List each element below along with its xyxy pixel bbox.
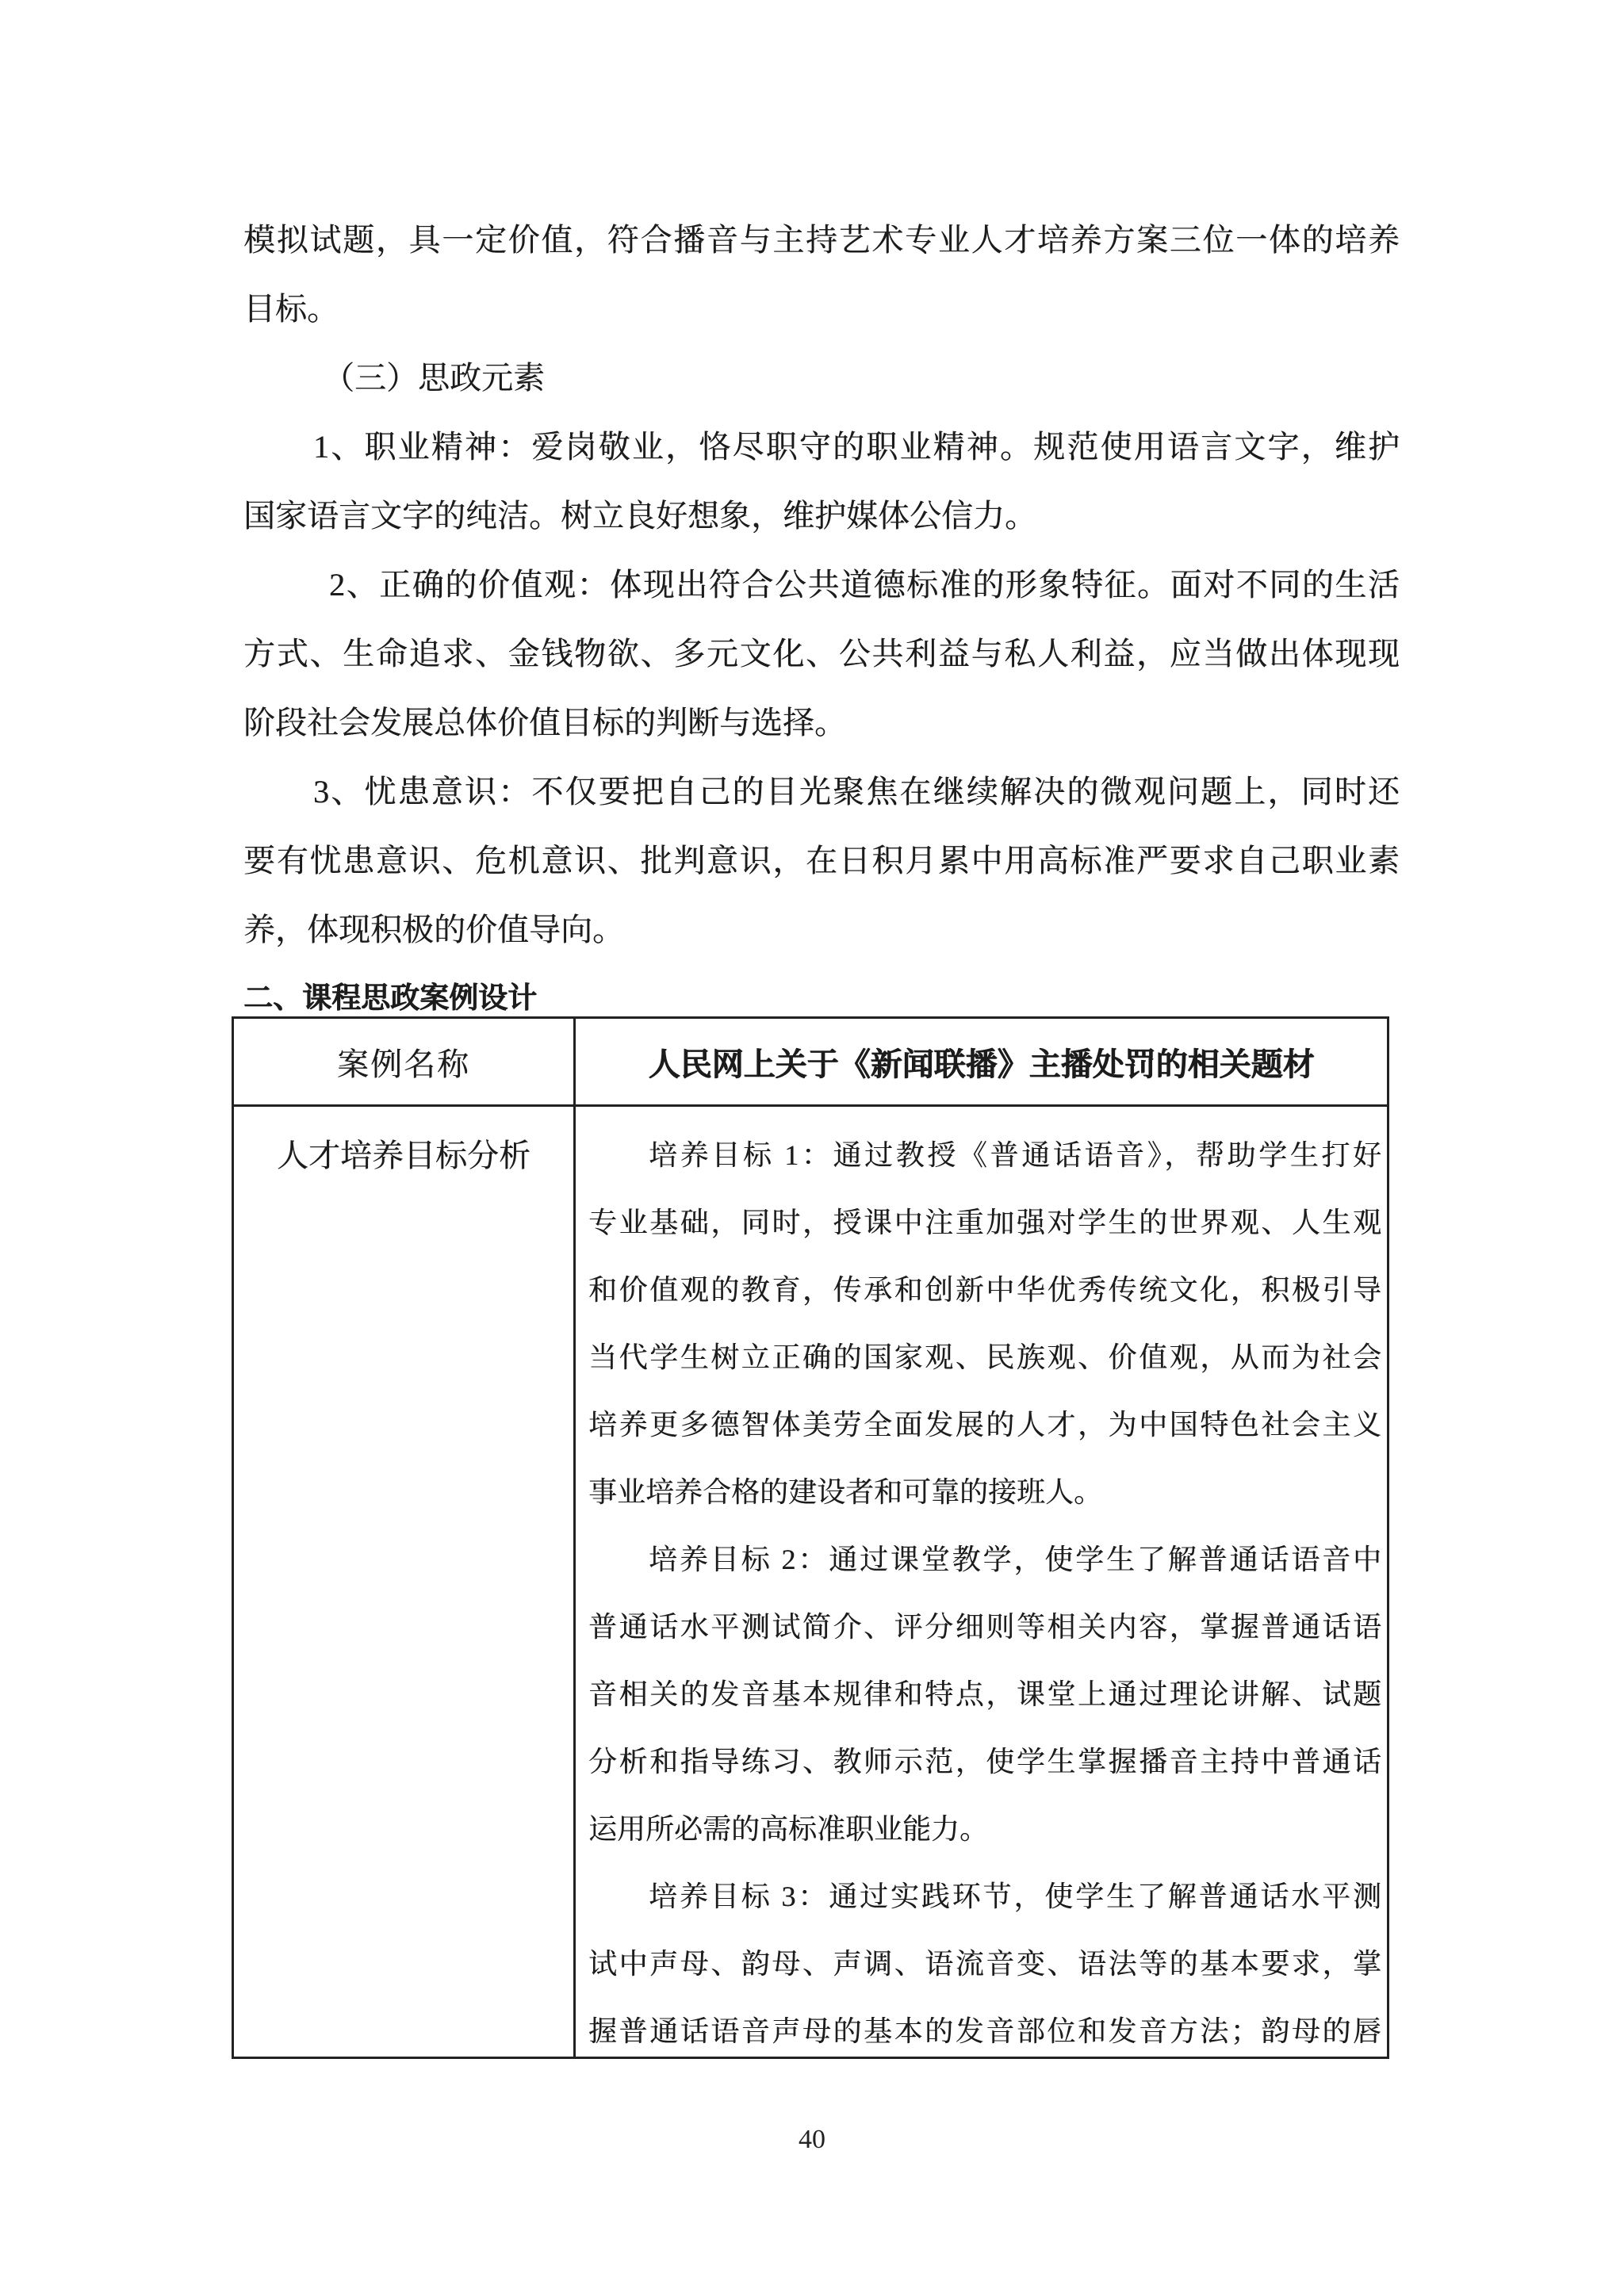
body-line: 1、职业精神：爱岗敬业，恪尽职守的职业精神。规范使用语言文字，维护 xyxy=(243,412,1400,481)
table-cell-line: 专业基础，同时，授课中注重加强对学生的世界观、人生观 xyxy=(588,1189,1381,1257)
table-header-case-name: 案例名称 xyxy=(234,1019,573,1104)
table-cell-line: 分析和指导练习、教师示范，使学生掌握播音主持中普通话 xyxy=(588,1728,1381,1796)
body-line: 养，体现积极的价值导向。 xyxy=(243,895,1400,964)
table-cell-line: 运用所必需的高标准职业能力。 xyxy=(588,1796,1381,1863)
table-cell-line: 音相关的发音基本规律和特点，课堂上通过理论讲解、试题 xyxy=(588,1661,1381,1728)
table-cell-line: 试中声母、韵母、声调、语流音变、语法等的基本要求，掌 xyxy=(588,1931,1381,1998)
table-cell-line: 培养目标 2：通过课堂教学，使学生了解普通话语音中 xyxy=(588,1526,1381,1594)
table-row-content: 培养目标 1：通过教授《普通话语音》，帮助学生打好 专业基础，同时，授课中注重加… xyxy=(576,1109,1387,2059)
table-cell-line: 培养目标 1：通过教授《普通话语音》，帮助学生打好 xyxy=(588,1122,1381,1189)
body-line: 方式、生命追求、金钱物欲、多元文化、公共利益与私人利益，应当做出体现现 xyxy=(243,619,1400,688)
body-text-block: 模拟试题，具一定价值，符合播音与主持艺术专业人才培养方案三位一体的培养 目标。 … xyxy=(243,205,1400,1033)
body-line: 模拟试题，具一定价值，符合播音与主持艺术专业人才培养方案三位一体的培养 xyxy=(243,205,1400,274)
body-line: 目标。 xyxy=(243,274,1400,343)
body-line: 阶段社会发展总体价值目标的判断与选择。 xyxy=(243,688,1400,757)
document-page: 模拟试题，具一定价值，符合播音与主持艺术专业人才培养方案三位一体的培养 目标。 … xyxy=(0,0,1624,2296)
table-cell-line: 事业培养合格的建设者和可靠的接班人。 xyxy=(588,1459,1381,1526)
table-header-separator xyxy=(234,1104,1387,1107)
body-line: 2、正确的价值观：体现出符合公共道德标准的形象特征。面对不同的生活 xyxy=(243,550,1400,619)
table-header-case-title: 人民网上关于《新闻联播》主播处罚的相关题材 xyxy=(576,1019,1387,1104)
table-cell-line: 握普通话语音声母的基本的发音部位和发音方法；韵母的唇 xyxy=(588,1998,1381,2059)
table-cell-line: 当代学生树立正确的国家观、民族观、价值观，从而为社会 xyxy=(588,1324,1381,1391)
table-cell-line: 普通话水平测试简介、评分细则等相关内容，掌握普通话语 xyxy=(588,1594,1381,1661)
case-design-table: 案例名称 人民网上关于《新闻联播》主播处罚的相关题材 人才培养目标分析 培养目标… xyxy=(232,1016,1389,2059)
body-line: 3、忧患意识：不仅要把自己的目光聚焦在继续解决的微观问题上，同时还 xyxy=(243,757,1400,826)
table-cell-line: 培养目标 3：通过实践环节，使学生了解普通话水平测 xyxy=(588,1863,1381,1931)
page-number: 40 xyxy=(0,2125,1624,2155)
table-cell-line: 和价值观的教育，传承和创新中华优秀传统文化，积极引导 xyxy=(588,1257,1381,1324)
body-line: 国家语言文字的纯洁。树立良好想象，维护媒体公信力。 xyxy=(243,481,1400,550)
body-line: （三）思政元素 xyxy=(243,343,1400,412)
body-line: 要有忧患意识、危机意识、批判意识，在日积月累中用高标准严要求自己职业素 xyxy=(243,826,1400,895)
table-row-label: 人才培养目标分析 xyxy=(234,1122,573,1189)
table-cell-line: 培养更多德智体美劳全面发展的人才，为中国特色社会主义 xyxy=(588,1391,1381,1459)
